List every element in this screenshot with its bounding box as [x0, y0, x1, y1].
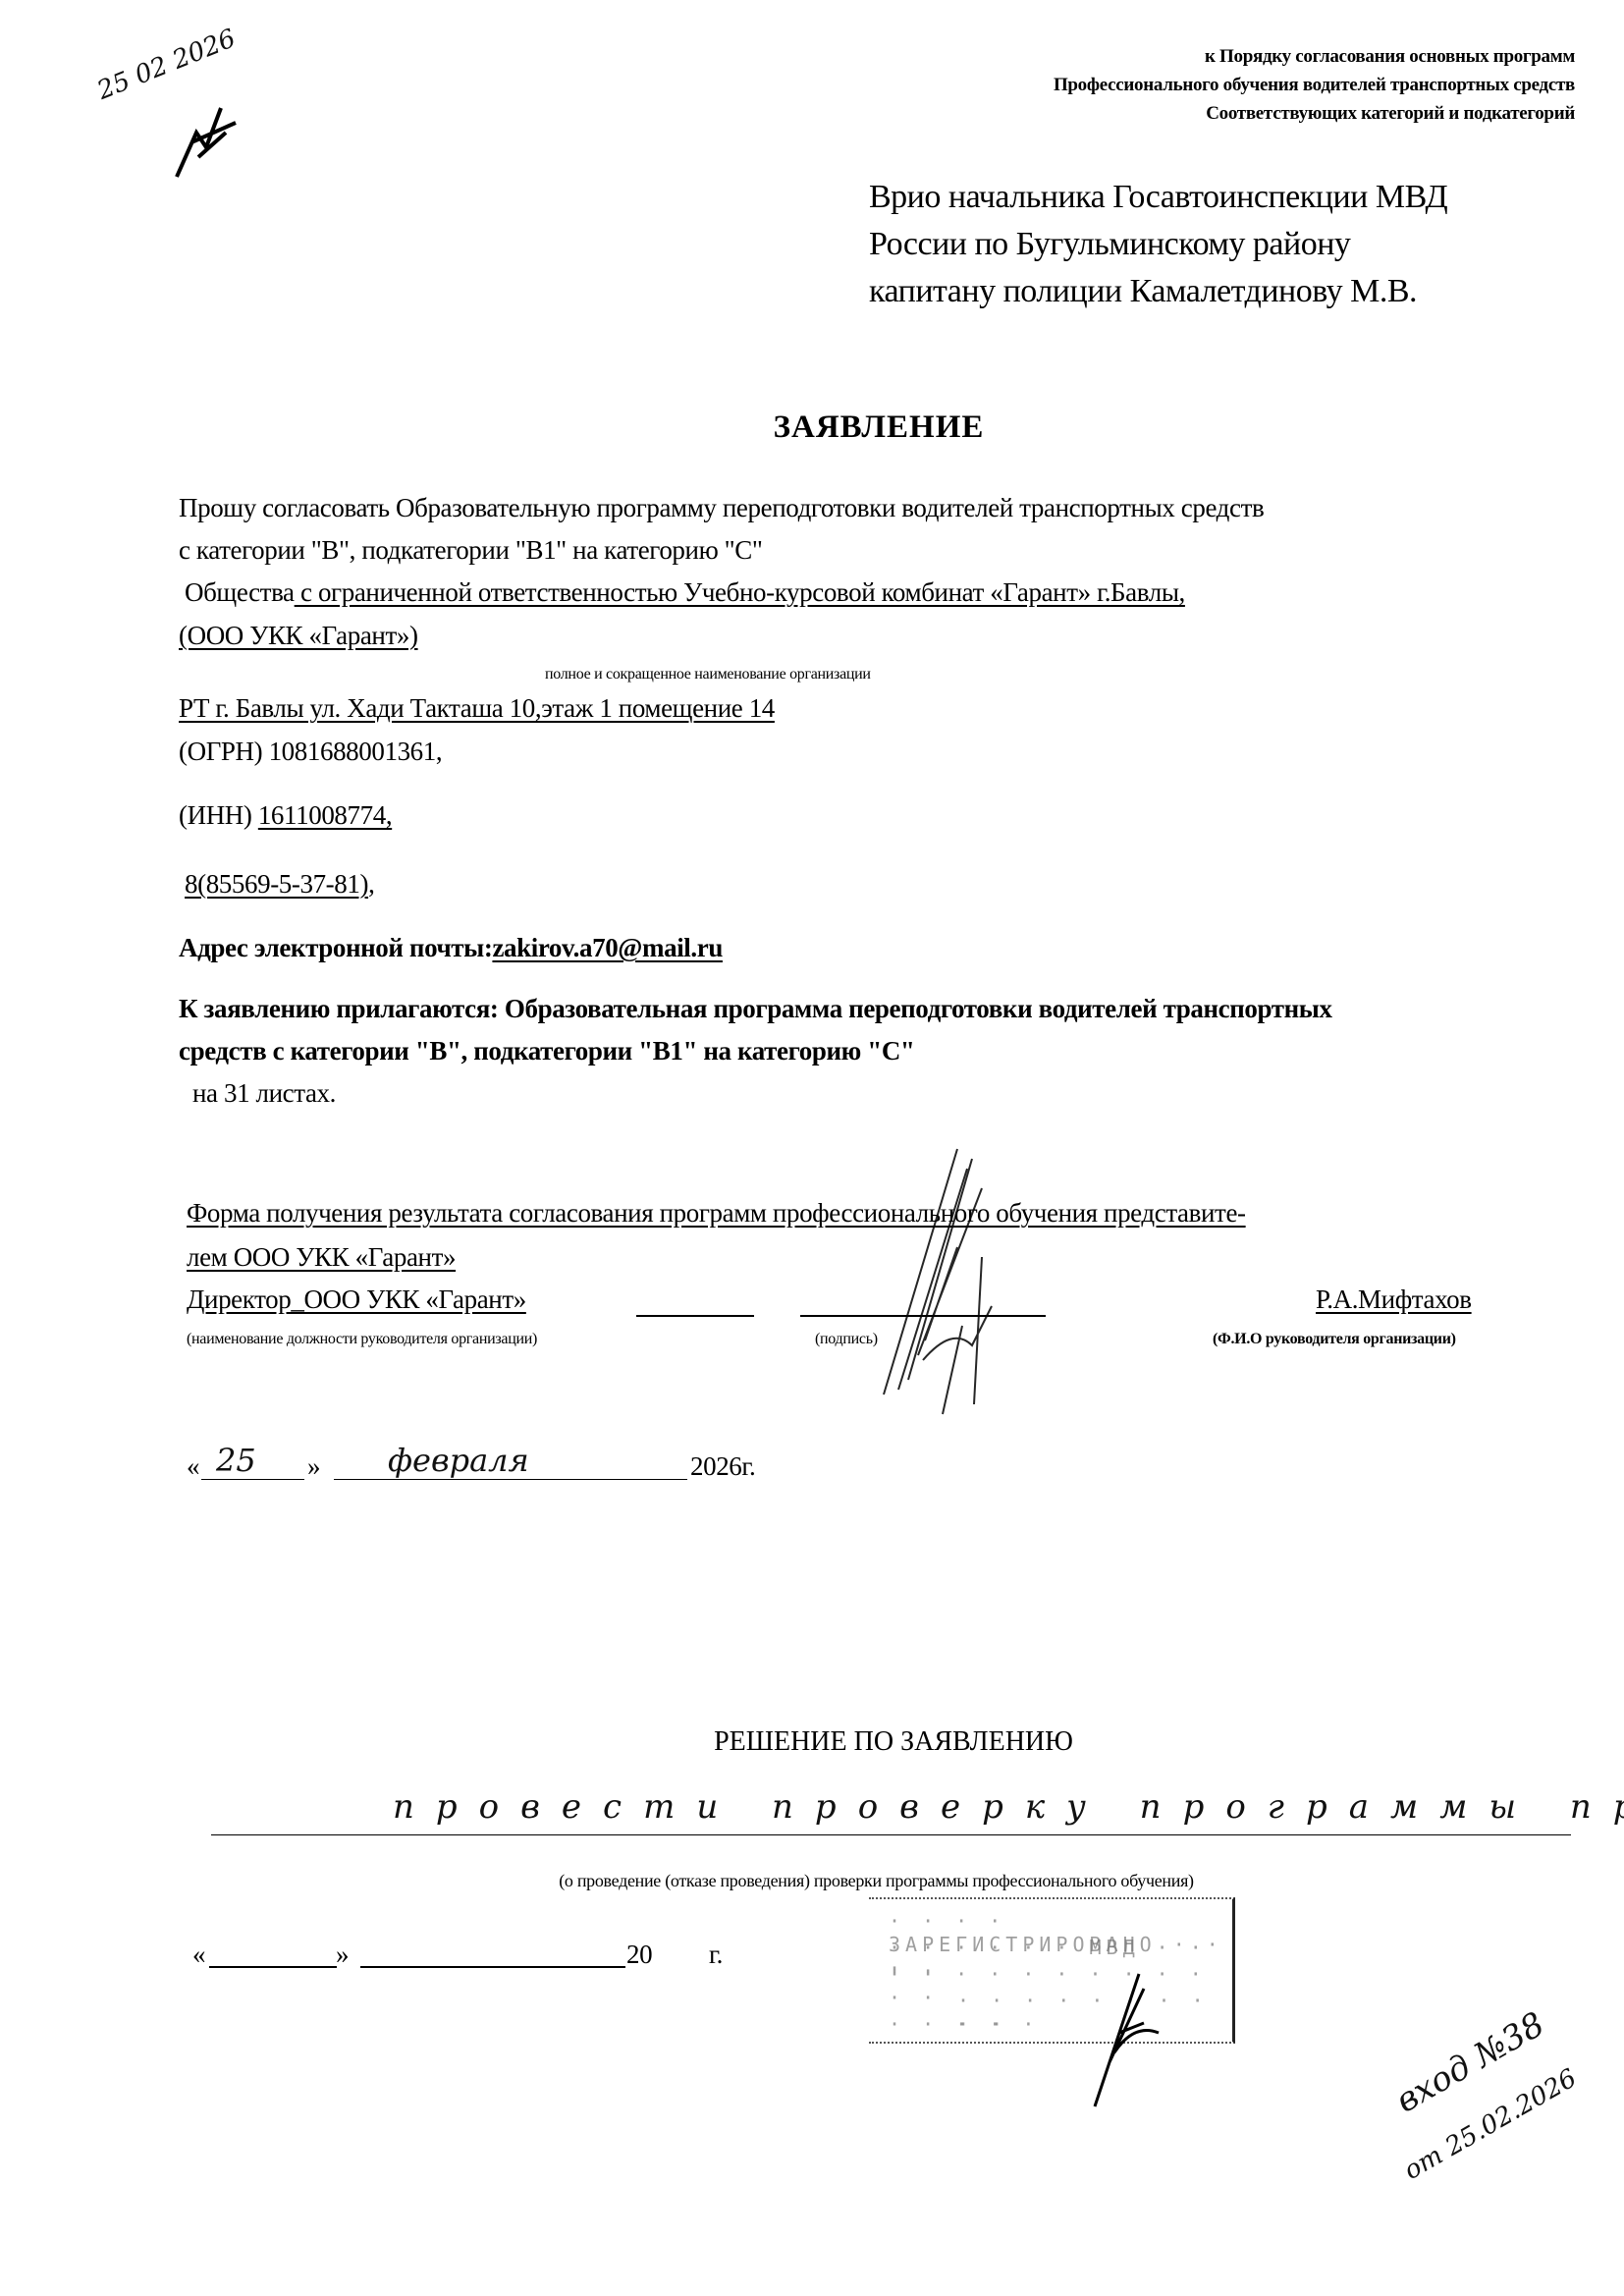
- inn-label: (ИНН): [179, 800, 258, 830]
- ogrn: (ОГРН) 1081688001361,: [179, 737, 442, 767]
- day-underline: [201, 1479, 304, 1480]
- inn-value: 1611008774,: [258, 800, 392, 830]
- stamp-line: · · · · ·: [889, 2012, 1039, 2036]
- decision-year-prefix: 20: [626, 1940, 652, 1970]
- attachments-text: Образовательная программа переподготовки…: [499, 994, 1332, 1023]
- request-line-2: с категории "В", подкатегории "В1" на ка…: [179, 535, 763, 566]
- addressee-line: России по Бугульминскому району: [869, 226, 1350, 263]
- application-date-year: 2026г.: [690, 1451, 755, 1482]
- decision-day-field[interactable]: [209, 1966, 337, 1968]
- organization-address: РТ г. Бавлы ул. Хади Такташа 10,этаж 1 п…: [179, 693, 775, 724]
- email: Адрес электронной почты:zakirov.a70@mail…: [179, 933, 723, 963]
- decision-date-close-quote: »: [336, 1940, 349, 1970]
- decision-year-suffix: г.: [709, 1940, 723, 1970]
- phone: 8(85569-5-37-81),: [185, 869, 374, 900]
- position-caption: (наименование должности руководителя орг…: [187, 1331, 537, 1348]
- result-form-line-2: лем ООО УКК «Гарант»: [187, 1242, 456, 1273]
- decision-line: [211, 1834, 1571, 1835]
- header-note-line: Профессионального обучения водителей тра…: [1054, 75, 1575, 96]
- decision-month-field[interactable]: [360, 1966, 625, 1968]
- addressee-line: капитану полиции Камалетдинову М.В.: [869, 273, 1417, 310]
- name-caption: (Ф.И.О руководителя организации): [1213, 1331, 1456, 1348]
- email-label: Адрес электронной почты:: [179, 933, 492, 962]
- organization-short-name: (ООО УКК «Гарант»): [179, 621, 418, 651]
- phone-suffix: ,: [368, 869, 374, 899]
- inn: (ИНН) 1611008774,: [179, 800, 392, 831]
- decision-title: РЕШЕНИЕ ПО ЗАЯВЛЕНИЮ: [0, 1726, 1624, 1758]
- position-underline: [636, 1315, 754, 1317]
- organization-full-name: Общества с ограниченной ответственностью…: [185, 577, 1185, 608]
- decision-handwritten-text[interactable]: провести проверку программы проф. обучен…: [393, 1787, 1624, 1827]
- attachments-line-1: К заявлению прилагаются: Образовательная…: [179, 994, 1332, 1024]
- header-note-line: к Порядку согласования основных программ: [1205, 46, 1575, 68]
- initials-signature-icon: [167, 103, 245, 182]
- org-prefix: Общества: [185, 577, 295, 607]
- date-close-quote: »: [307, 1451, 320, 1482]
- email-link[interactable]: zakirov.a70@mail.ru: [492, 933, 723, 962]
- signatory-position: Директор_ООО УКК «Гарант»: [187, 1285, 526, 1315]
- attachments-pages: на 31 листах.: [192, 1078, 336, 1109]
- result-form-line-1: Форма получения результата согласования …: [187, 1198, 1246, 1229]
- organization-name-caption: полное и сокращенное наименование органи…: [545, 666, 871, 683]
- attachments-line-2: средств с категории "В", подкатегории "В…: [179, 1036, 915, 1066]
- attachments-label: К заявлению прилагаются:: [179, 994, 499, 1023]
- application-date-month: февраля: [388, 1442, 529, 1479]
- registration-date-note: 25 02 2026: [93, 24, 240, 106]
- signatory-name: Р.А.Мифтахов: [1316, 1285, 1472, 1315]
- decision-caption: (о проведение (отказе проведения) провер…: [0, 1871, 1624, 1891]
- application-date-day: 25: [216, 1442, 256, 1479]
- decision-date-open-quote: «: [192, 1940, 205, 1970]
- ogrn-label: (ОГРН): [179, 737, 269, 766]
- director-signature-icon: [864, 1129, 1011, 1424]
- phone-value: 8(85569-5-37-81): [185, 869, 368, 899]
- month-underline: [334, 1479, 687, 1480]
- date-open-quote: «: [187, 1451, 199, 1481]
- addressee-line: Врио начальника Госавтоинспекции МВД: [869, 179, 1447, 216]
- registration-stamp: · · · · ЗАРЕГИСТРИРОВАНО · · · · · · · ·…: [869, 1897, 1235, 2044]
- ogrn-value: 1081688001361,: [269, 737, 443, 766]
- org-full-name: с ограниченной ответственностью Учебно-к…: [295, 577, 1185, 607]
- request-line-1: Прошу согласовать Образовательную програ…: [179, 493, 1264, 523]
- application-date: «: [187, 1451, 199, 1482]
- header-note-line: Соответствующих категорий и подкатегорий: [1206, 103, 1575, 125]
- document-title: ЗАЯВЛЕНИЕ: [0, 410, 1624, 446]
- stamp-signature-icon: [1090, 1964, 1168, 2111]
